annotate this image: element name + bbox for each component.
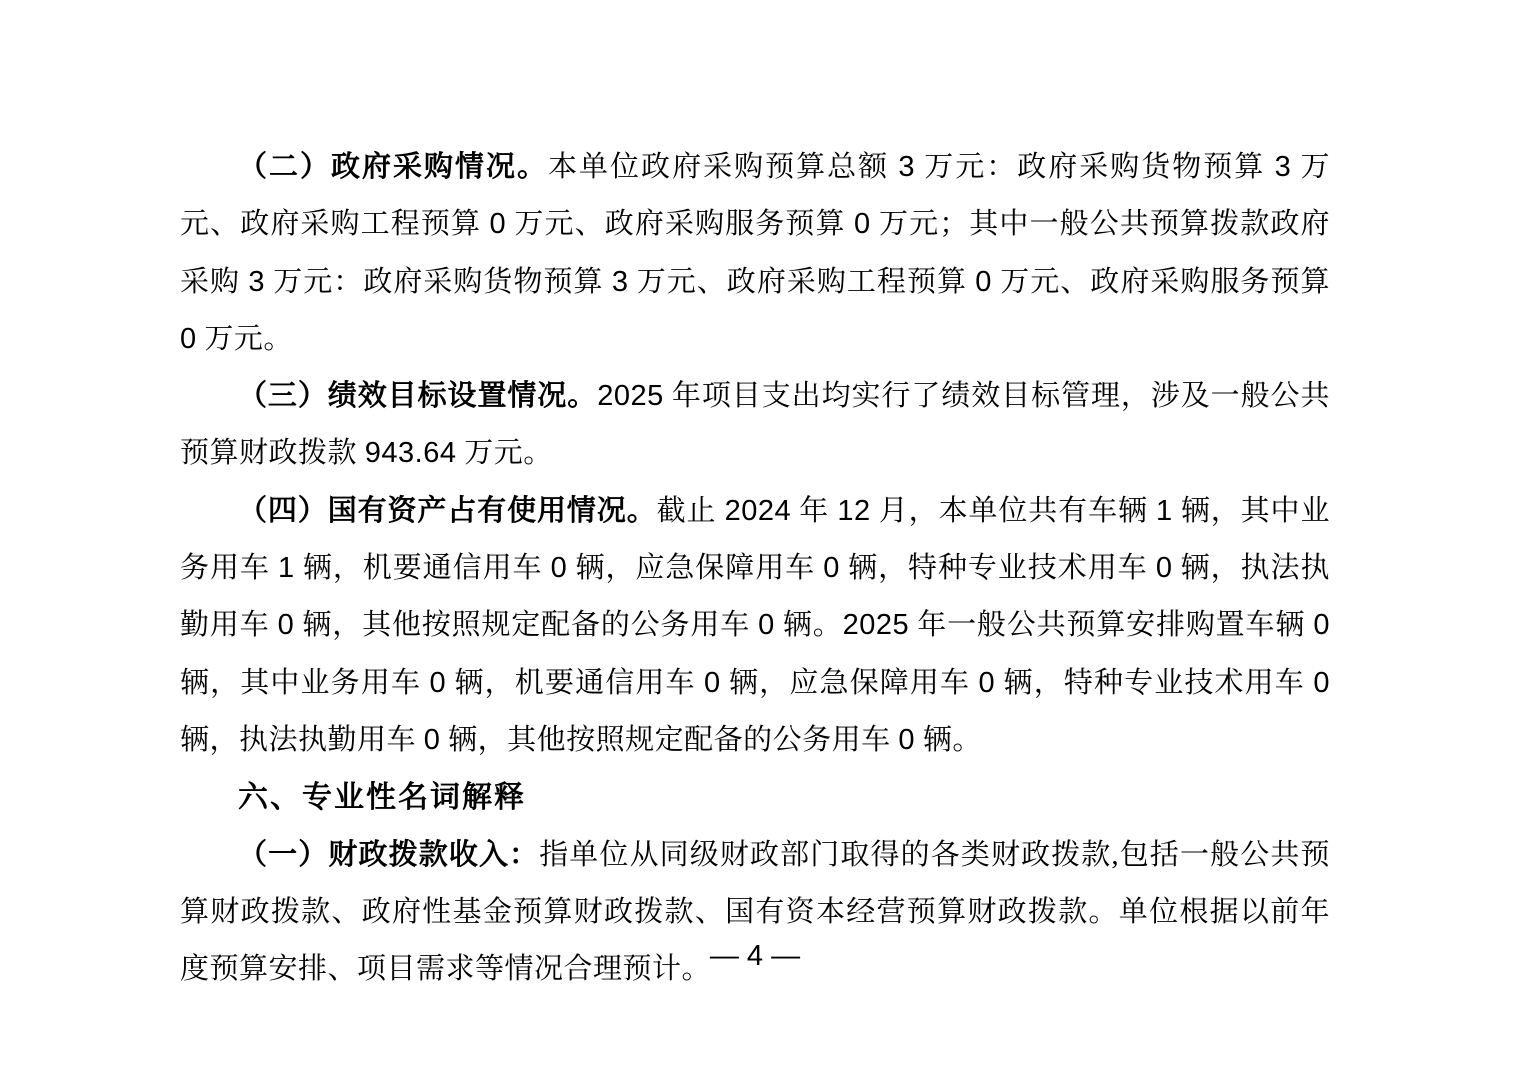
numeral: 3	[898, 151, 915, 183]
page-number: — 4 —	[180, 936, 1330, 976]
lead-in-text: 六、专业性名词解释	[238, 781, 526, 814]
body-text: 截止 2024 年 12 月，本单位共有车辆 1 辆，其中业务用车 1 辆，机要…	[180, 495, 1330, 756]
numeral: 3	[248, 266, 265, 298]
lead-in-text: （一）财政拨款收入：	[238, 839, 539, 871]
numeral: 2024	[725, 495, 792, 527]
numeral: 3	[1275, 151, 1292, 183]
numeral: 3	[612, 266, 629, 298]
numeral: 1	[278, 552, 295, 584]
numeral: 0	[854, 208, 871, 240]
numeral: 0	[1313, 609, 1330, 641]
numeral: 0	[551, 552, 568, 584]
para-government-procurement: （二）政府采购情况。本单位政府采购预算总额 3 万元：政府采购货物预算 3 万元…	[180, 139, 1330, 368]
numeral: 0	[180, 323, 197, 355]
numeral: 0	[898, 724, 915, 756]
document-page: （二）政府采购情况。本单位政府采购预算总额 3 万元：政府采购货物预算 3 万元…	[0, 0, 1520, 1074]
numeral: 0	[823, 552, 840, 584]
para-state-owned-assets: （四）国有资产占有使用情况。截止 2024 年 12 月，本单位共有车辆 1 辆…	[180, 483, 1330, 769]
numeral: 0	[489, 208, 506, 240]
numeral: 943.64	[365, 437, 457, 469]
para-performance-targets: （三）绩效目标设置情况。2025 年项目支出均实行了绩效目标管理，涉及一般公共预…	[180, 368, 1330, 483]
lead-in-text: （三）绩效目标设置情况。	[238, 380, 597, 412]
numeral: 0	[758, 609, 775, 641]
numeral: 2025	[843, 609, 910, 641]
lead-in-text: （四）国有资产占有使用情况。	[238, 495, 657, 527]
numeral: 0	[979, 667, 996, 699]
numeral: 0	[430, 667, 447, 699]
numeral: 2025	[597, 380, 664, 412]
numeral: 0	[278, 609, 295, 641]
numeral: 1	[1156, 495, 1173, 527]
numeral: 0	[1313, 667, 1330, 699]
numeral: 0	[975, 266, 992, 298]
numeral: 0	[1156, 552, 1173, 584]
numeral: 0	[424, 724, 441, 756]
document-body: （二）政府采购情况。本单位政府采购预算总额 3 万元：政府采购货物预算 3 万元…	[180, 139, 1330, 998]
numeral: 12	[837, 495, 870, 527]
heading-terminology: 六、专业性名词解释	[180, 769, 1330, 826]
numeral: 0	[704, 667, 721, 699]
lead-in-text: （二）政府采购情况。	[238, 151, 548, 183]
